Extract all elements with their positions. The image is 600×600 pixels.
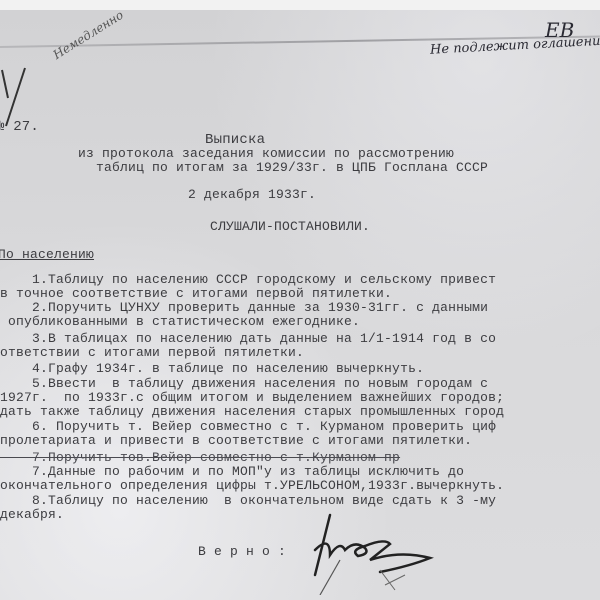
body-line: 1.Таблицу по населению СССР городскому и… (0, 273, 496, 286)
body-line: 5.Ввести в таблицу движения населения по… (0, 377, 488, 390)
body-line: ответствии с итогами первой пятилетки. (0, 346, 304, 359)
body-line: декабря. (0, 508, 64, 521)
body-line: пролетариата и привести в соответствие с… (0, 434, 472, 447)
signature-icon (310, 510, 440, 595)
body-line: 3.В таблицах по населению дать данные на… (0, 332, 496, 345)
handwritten-initials: ЕВ (545, 18, 574, 42)
body-line: дать также таблицу движения населения ст… (0, 405, 504, 418)
certified-label: В е р н о : (198, 545, 286, 558)
body-line: 6. Поручить т. Вейер совместно с т. Курм… (0, 420, 496, 433)
body-line: окончательного определения цифры т.УРЕЛЬ… (0, 479, 504, 492)
section-title: По населению (0, 248, 94, 261)
document-number: № 27. (0, 120, 39, 134)
body-line: в точное соответствие с итогами первой п… (0, 287, 392, 300)
scanned-document-page: Не подлежит оглашению ЕВ Немедленно № 27… (0, 0, 600, 600)
document-subtitle-line-1: из протокола заседания комиссии по рассм… (78, 147, 454, 160)
handwritten-margin-note: Немедленно (51, 8, 126, 62)
body-line: 7.Данные по рабочим и по МОП"у из таблиц… (0, 465, 464, 478)
struck-out-line: 7.Поручить тов.Вейер совместно с т.Курма… (0, 451, 400, 464)
document-title: Выписка (205, 133, 265, 147)
document-heading: СЛУШАЛИ-ПОСТАНОВИЛИ. (210, 220, 370, 233)
body-line: 2.Поручить ЦУНХУ проверить данные за 193… (0, 301, 488, 314)
body-line: 4.Графу 1934г. в таблице по населению вы… (0, 362, 424, 375)
body-line: 8.Таблицу по населению в окончательном в… (0, 494, 496, 507)
document-subtitle-line-2: таблиц по итогам за 1929/33г. в ЦПБ Госп… (96, 161, 488, 174)
body-line: 1927г. по 1933г.с общим итогом и выделен… (0, 391, 504, 404)
body-line: опубликованными в статистическом ежегодн… (0, 315, 360, 328)
scan-edge (0, 0, 600, 10)
document-date: 2 декабря 1933г. (188, 188, 316, 201)
